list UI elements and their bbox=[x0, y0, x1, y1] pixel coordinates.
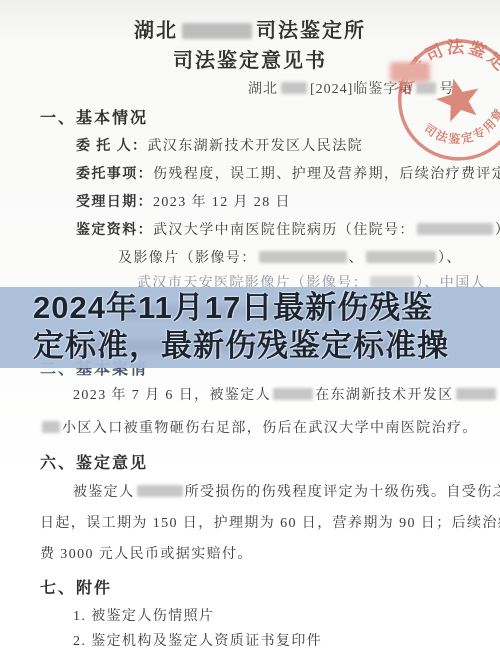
redacted-institution-name bbox=[182, 23, 252, 39]
material-line-1: 鉴定资料：武汉大学中南医院住院病历（住院号：） bbox=[76, 219, 500, 239]
redacted-person-name-3 bbox=[137, 485, 183, 497]
redacted-docno-part bbox=[281, 82, 307, 94]
accept-date-line: 受理日期：2023 年 12 月 28 日 bbox=[76, 191, 291, 211]
banner-caption: 2024年11月17日最新伤残鉴定标准，最新伤残鉴定标准操 bbox=[33, 289, 449, 365]
redacted-location-name bbox=[456, 388, 496, 400]
opinion-line-2: 日起，误工期为 150 日，护理期为 60 日，营养期为 90 日；后续治疗 bbox=[40, 512, 500, 532]
material-line-2: 及影像片（影像号：、）、 bbox=[118, 247, 462, 267]
title-suffix: 司法鉴定所 bbox=[256, 20, 366, 42]
section-opinion-heading: 六、鉴定意见 bbox=[40, 450, 148, 473]
overlay-caption-banner: 2024年11月17日最新伤残鉴定标准，最新伤残鉴定标准操 bbox=[0, 287, 500, 368]
stamp-star-icon bbox=[432, 73, 484, 124]
section-attachments-heading: 七、附件 bbox=[40, 575, 112, 598]
redacted-image-number-2 bbox=[366, 251, 436, 263]
client-line: 委 托 人：武汉东湖新技术开发区人民法院 bbox=[76, 135, 363, 155]
redacted-hospital-number bbox=[417, 223, 493, 235]
redacted-person-name bbox=[273, 388, 313, 400]
opinion-line-3: 费 3000 元人民币或据实赔付。 bbox=[40, 543, 253, 563]
section-basic-info-heading: 一、基本情况 bbox=[40, 105, 148, 128]
redacted-stamp-name bbox=[390, 62, 430, 82]
redacted-location-name-2 bbox=[42, 421, 60, 433]
redacted-image-number-1 bbox=[259, 251, 347, 263]
attachment-item-1: 1. 被鉴定人伤情照片 bbox=[73, 605, 214, 625]
opinion-line-1: 被鉴定人所受损伤的伤残程度评定为十级伤残。自受伤之 bbox=[73, 481, 500, 501]
title-prefix: 湖北 bbox=[134, 20, 178, 42]
appraisal-document-photo: 湖北司法鉴定所 司法鉴定意见书 湖北[2024]临鉴字第号 法医司法鉴定 司法鉴… bbox=[0, 0, 500, 649]
attachment-item-2: 2. 鉴定机构及鉴定人资质证书复印件 bbox=[73, 630, 322, 649]
case-para-line-2: 小区入口被重物砸伤右足部，伤后在武汉大学中南医院治疗。 bbox=[40, 417, 478, 437]
case-para-line-1: 2023 年 7 月 6 日，被鉴定人在东湖新技术开发区 bbox=[73, 384, 498, 404]
